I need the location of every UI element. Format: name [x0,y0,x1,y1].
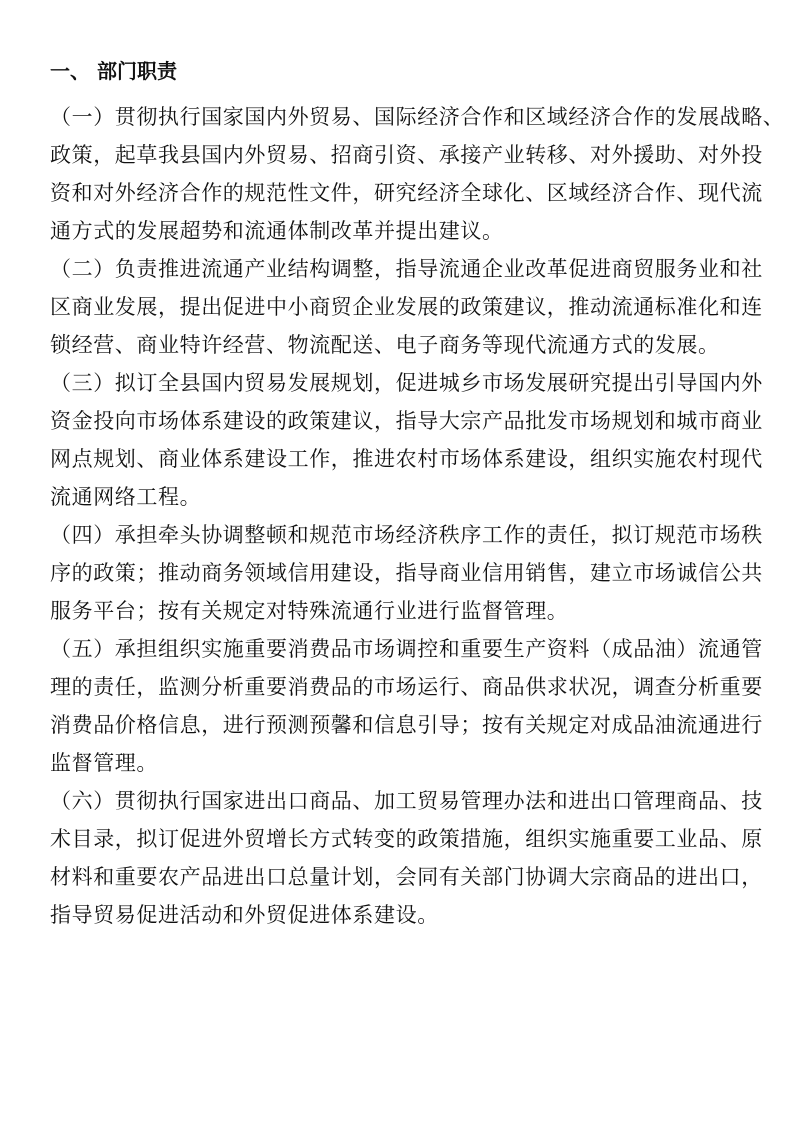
document-page: 一、 部门职责 （一）贯彻执行国家国内外贸易、国际经济合作和区域经济合作的发展战… [50,52,752,934]
paragraph-5: （五）承担组织实施重要消费品市场调控和重要生产资料（成品油）流通管 理的责任，监… [50,630,752,782]
text-line: （二）负责推进流通产业结构调整，指导流通企业改革促进商贸服务业和社 [50,250,752,288]
paragraph-6: （六）贯彻执行国家进出口商品、加工贸易管理办法和进出口管理商品、技 术目录，拟订… [50,782,752,934]
paragraph-3: （三）拟订全县国内贸易发展规划，促进城乡市场发展研究提出引导国内外 资金投向市场… [50,364,752,516]
text-line: 流通网络工程。 [50,478,752,516]
text-line: 理的责任，监测分析重要消费品的市场运行、商品供求状况，调查分析重要 [50,668,752,706]
paragraph-1: （一）贯彻执行国家国内外贸易、国际经济合作和区域经济合作的发展战略、 政策，起草… [50,98,752,250]
text-line: 锁经营、商业特许经营、物流配送、电子商务等现代流通方式的发展。 [50,326,752,364]
text-line: 资和对外经济合作的规范性文件，研究经济全球化、区域经济合作、现代流 [50,174,752,212]
section-heading: 一、 部门职责 [50,52,752,90]
text-line: 政策，起草我县国内外贸易、招商引资、承接产业转移、对外援助、对外投 [50,136,752,174]
text-line: 材料和重要农产品进出口总量计划，会同有关部门协调大宗商品的进出口， [50,858,752,896]
text-line: 网点规划、商业体系建设工作，推进农村市场体系建设，组织实施农村现代 [50,440,752,478]
text-line: 通方式的发展超势和流通体制改革并提出建议。 [50,212,752,250]
text-line: 指导贸易促进活动和外贸促进体系建设。 [50,896,752,934]
text-line: 资金投向市场体系建设的政策建议，指导大宗产品批发市场规划和城市商业 [50,402,752,440]
text-line: 消费品价格信息，进行预测预馨和信息引导；按有关规定对成品油流通进行 [50,706,752,744]
text-line: 区商业发展，提出促进中小商贸企业发展的政策建议，推动流通标准化和连 [50,288,752,326]
text-line: 服务平台；按有关规定对特殊流通行业进行监督管理。 [50,592,752,630]
text-line: （四）承担牵头协调整顿和规范市场经济秩序工作的责任，拟订规范市场秩 [50,516,752,554]
text-line: （五）承担组织实施重要消费品市场调控和重要生产资料（成品油）流通管 [50,630,752,668]
text-line: 监督管理。 [50,744,752,782]
text-line: 序的政策；推动商务领域信用建设，指导商业信用销售，建立市场诚信公共 [50,554,752,592]
text-line: 术目录，拟订促进外贸增长方式转变的政策措施，组织实施重要工业品、原 [50,820,752,858]
paragraph-2: （二）负责推进流通产业结构调整，指导流通企业改革促进商贸服务业和社 区商业发展，… [50,250,752,364]
text-line: （三）拟订全县国内贸易发展规划，促进城乡市场发展研究提出引导国内外 [50,364,752,402]
text-line: （六）贯彻执行国家进出口商品、加工贸易管理办法和进出口管理商品、技 [50,782,752,820]
paragraph-4: （四）承担牵头协调整顿和规范市场经济秩序工作的责任，拟订规范市场秩 序的政策；推… [50,516,752,630]
text-line: （一）贯彻执行国家国内外贸易、国际经济合作和区域经济合作的发展战略、 [50,98,752,136]
